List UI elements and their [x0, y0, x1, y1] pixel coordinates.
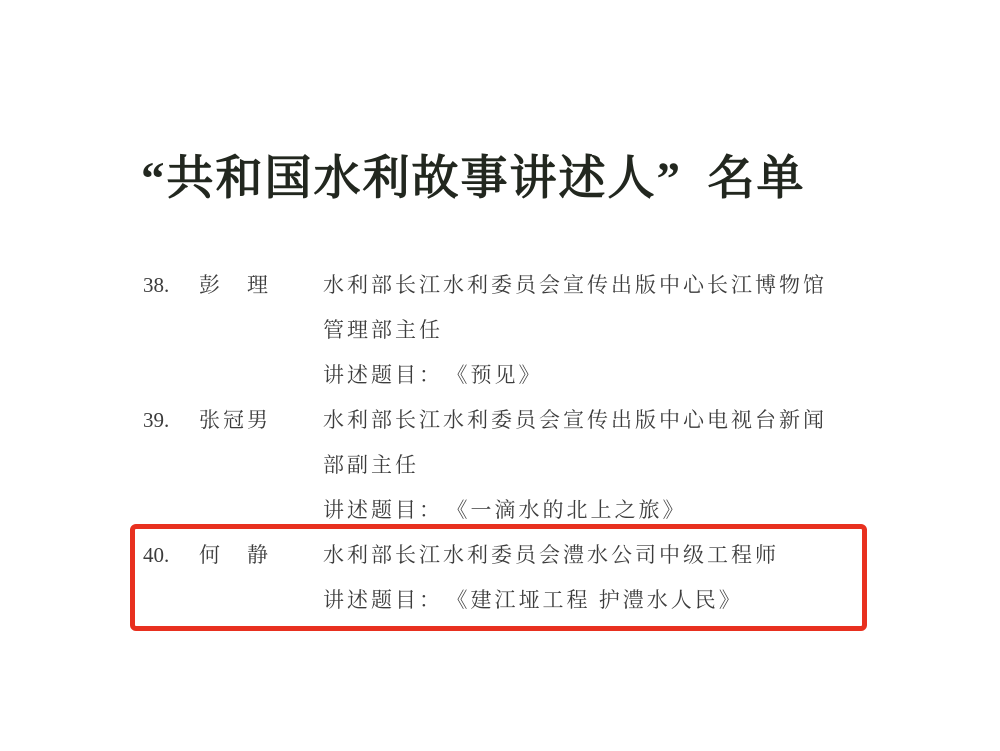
list-item: 39. 张冠男 水利部长江水利委员会宣传出版中心电视台新闻部副主任 讲述题目：《…: [143, 398, 873, 533]
entry-details: 水利部长江水利委员会宣传出版中心长江博物馆管理部主任 讲述题目：《预见》: [323, 263, 838, 398]
entry-position: 水利部长江水利委员会澧水公司中级工程师: [323, 533, 838, 578]
list-item-highlighted: 40. 何 静 水利部长江水利委员会澧水公司中级工程师 讲述题目：《建江垭工程 …: [143, 533, 873, 623]
entry-topic-line: 讲述题目：《建江垭工程 护澧水人民》: [323, 578, 838, 623]
entry-position: 水利部长江水利委员会宣传出版中心电视台新闻部副主任: [323, 398, 838, 488]
topic-label: 讲述题目：: [323, 498, 443, 522]
list-item: 38. 彭 理 水利部长江水利委员会宣传出版中心长江博物馆管理部主任 讲述题目：…: [143, 263, 873, 398]
entry-name: 彭 理: [199, 263, 323, 308]
entry-details: 水利部长江水利委员会澧水公司中级工程师 讲述题目：《建江垭工程 护澧水人民》: [323, 533, 838, 623]
topic-label: 讲述题目：: [323, 588, 443, 612]
entry-details: 水利部长江水利委员会宣传出版中心电视台新闻部副主任 讲述题目：《一滴水的北上之旅…: [323, 398, 838, 533]
document-page: “共和国水利故事讲述人” 名单 38. 彭 理 水利部长江水利委员会宣传出版中心…: [0, 0, 1000, 751]
topic-title: 《建江垭工程 护澧水人民》: [457, 588, 743, 612]
entry-topic-line: 讲述题目：《一滴水的北上之旅》: [323, 488, 838, 533]
entry-topic-line: 讲述题目：《预见》: [323, 353, 838, 398]
entry-number: 40.: [143, 533, 199, 578]
topic-title: 《预见》: [457, 363, 543, 387]
topic-label: 讲述题目：: [323, 363, 443, 387]
entry-name: 张冠男: [199, 398, 323, 443]
entry-position: 水利部长江水利委员会宣传出版中心长江博物馆管理部主任: [323, 263, 838, 353]
document-title: “共和国水利故事讲述人” 名单: [141, 141, 806, 208]
entry-name: 何 静: [199, 533, 323, 578]
entry-number: 39.: [143, 398, 199, 443]
topic-title: 《一滴水的北上之旅》: [457, 498, 687, 522]
entry-number: 38.: [143, 263, 199, 308]
speaker-list: 38. 彭 理 水利部长江水利委员会宣传出版中心长江博物馆管理部主任 讲述题目：…: [143, 263, 873, 623]
